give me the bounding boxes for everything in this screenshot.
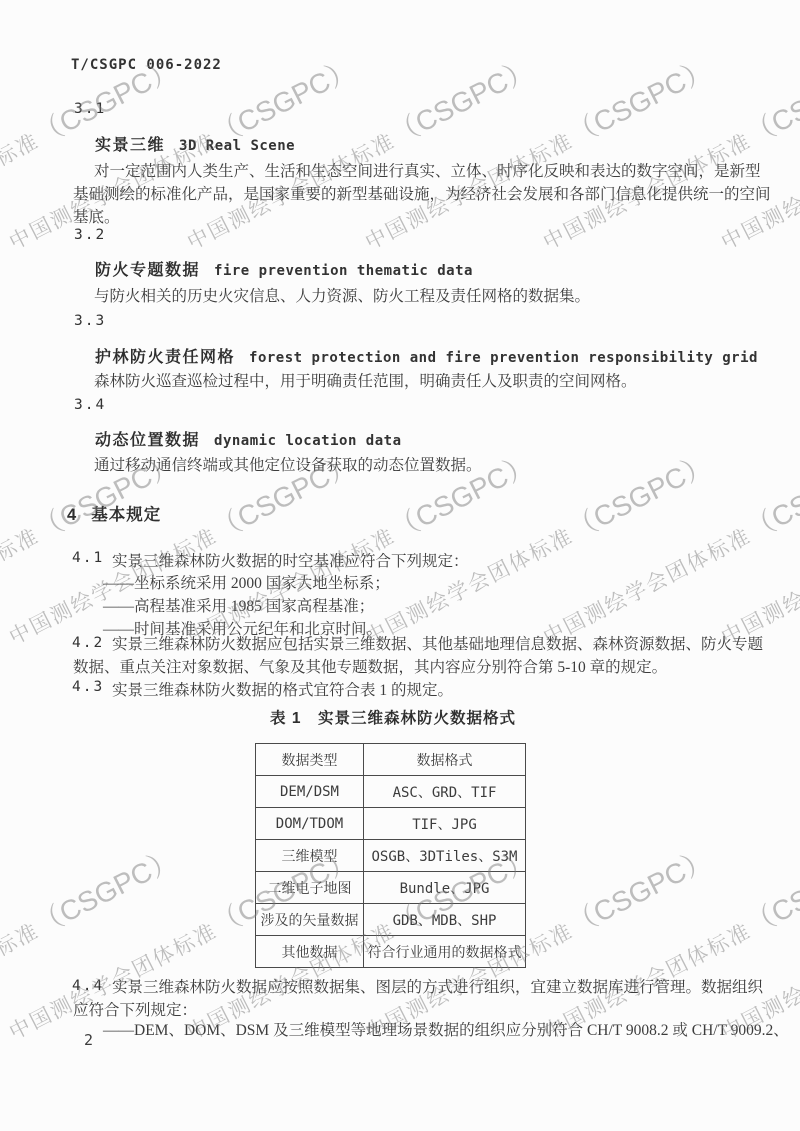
term-definition: 通过移动通信终端或其他定位设备获取的动态位置数据。: [73, 454, 482, 477]
table-row: 三维模型 OSGB、3DTiles、S3M: [256, 840, 526, 872]
term-zh: 护林防火责任网格: [95, 349, 235, 366]
data-format-cell: ASC、GRD、TIF: [364, 776, 526, 808]
term-definition: 森林防火巡查巡检过程中，用于明确责任范围，明确责任人及职责的空间网格。: [73, 370, 637, 393]
document-page: T/CSGPC 006-2022 3.1 实景三维3D Real Scene 对…: [0, 0, 800, 1131]
term-number: 3.4: [74, 397, 106, 413]
page-number: 2: [84, 1031, 93, 1049]
data-type-cell: 涉及的矢量数据: [256, 904, 364, 936]
clause-text: 实景三维森林防火数据的时空基准应符合下列规定：: [112, 549, 469, 571]
data-type-cell: DEM/DSM: [256, 776, 364, 808]
term-heading: 动态位置数据dynamic location data: [95, 427, 402, 450]
data-type-cell: 三维模型: [256, 840, 364, 872]
data-format-cell: GDB、MDB、SHP: [364, 904, 526, 936]
term-en: dynamic location data: [214, 433, 402, 449]
clause-bullet: ——DEM、DOM、DSM 及三维模型等地理场景数据的组织应分别符合 CH/T …: [103, 1019, 789, 1042]
clause-text: 实景三维森林防火数据的格式宜符合表 1 的规定。: [112, 678, 453, 700]
clause-number: 4.1: [72, 550, 104, 566]
data-type-cell: 二维电子地图: [256, 872, 364, 904]
term-zh: 实景三维: [95, 137, 165, 154]
term-en: fire prevention thematic data: [214, 263, 473, 279]
table-caption: 表 1 实景三维森林防火数据格式: [73, 706, 713, 728]
data-format-cell: 符合行业通用的数据格式: [364, 936, 526, 968]
data-format-table: 数据类型 数据格式 DEM/DSM ASC、GRD、TIF DOM/TDOM T…: [255, 743, 526, 968]
table-row: DEM/DSM ASC、GRD、TIF: [256, 776, 526, 808]
data-format-cell: TIF、JPG: [364, 808, 526, 840]
term-heading: 护林防火责任网格forest protection and fire preve…: [95, 344, 758, 367]
table-row: DOM/TDOM TIF、JPG: [256, 808, 526, 840]
data-type-cell: 其他数据: [256, 936, 364, 968]
table-header-cell: 数据类型: [256, 744, 364, 776]
term-en: 3D Real Scene: [179, 138, 295, 154]
term-number: 3.2: [74, 227, 106, 243]
table-header-cell: 数据格式: [364, 744, 526, 776]
watermark-text: 中国测绘学会团体标准（CSGPC）: [534, 442, 800, 653]
data-type-cell: DOM/TDOM: [256, 808, 364, 840]
table-row: 涉及的矢量数据 GDB、MDB、SHP: [256, 904, 526, 936]
term-en: forest protection and fire prevention re…: [249, 350, 758, 366]
clause-number: 4.3: [72, 679, 104, 695]
chapter-number: 4: [67, 506, 77, 524]
term-heading: 防火专题数据fire prevention thematic data: [95, 257, 473, 280]
chapter-heading: 4基本规定: [67, 501, 161, 525]
clause-text: 实景三维森林防火数据应包括实景三维数据、其他基础地理信息数据、森林资源数据、防火…: [73, 634, 763, 679]
data-format-cell: Bundle、JPG: [364, 872, 526, 904]
clause-bullet-list: ——坐标系统采用 2000 国家大地坐标系； ——高程基准采用 1985 国家高…: [103, 572, 390, 641]
term-zh: 防火专题数据: [95, 262, 200, 279]
term-number: 3.1: [74, 101, 106, 117]
term-definition: 对一定范围内人类生产、生活和生态空间进行真实、立体、时序化反映和表达的数字空间，…: [73, 160, 771, 229]
term-number: 3.3: [74, 313, 106, 329]
table-header-row: 数据类型 数据格式: [256, 744, 526, 776]
watermark-text: 中国测绘学会团体标准（CSGPC）: [712, 442, 800, 653]
data-format-cell: OSGB、3DTiles、S3M: [364, 840, 526, 872]
clause-text: 实景三维森林防火数据应按照数据集、图层的方式进行组织，宜建立数据库进行管理。数据…: [73, 977, 763, 1022]
table-row: 其他数据 符合行业通用的数据格式: [256, 936, 526, 968]
standard-number-header: T/CSGPC 006-2022: [71, 57, 222, 73]
chapter-title: 基本规定: [91, 506, 161, 524]
term-definition: 与防火相关的历史火灾信息、人力资源、防火工程及责任网格的数据集。: [73, 285, 590, 308]
term-heading: 实景三维3D Real Scene: [95, 132, 295, 155]
table-row: 二维电子地图 Bundle、JPG: [256, 872, 526, 904]
term-zh: 动态位置数据: [95, 432, 200, 449]
